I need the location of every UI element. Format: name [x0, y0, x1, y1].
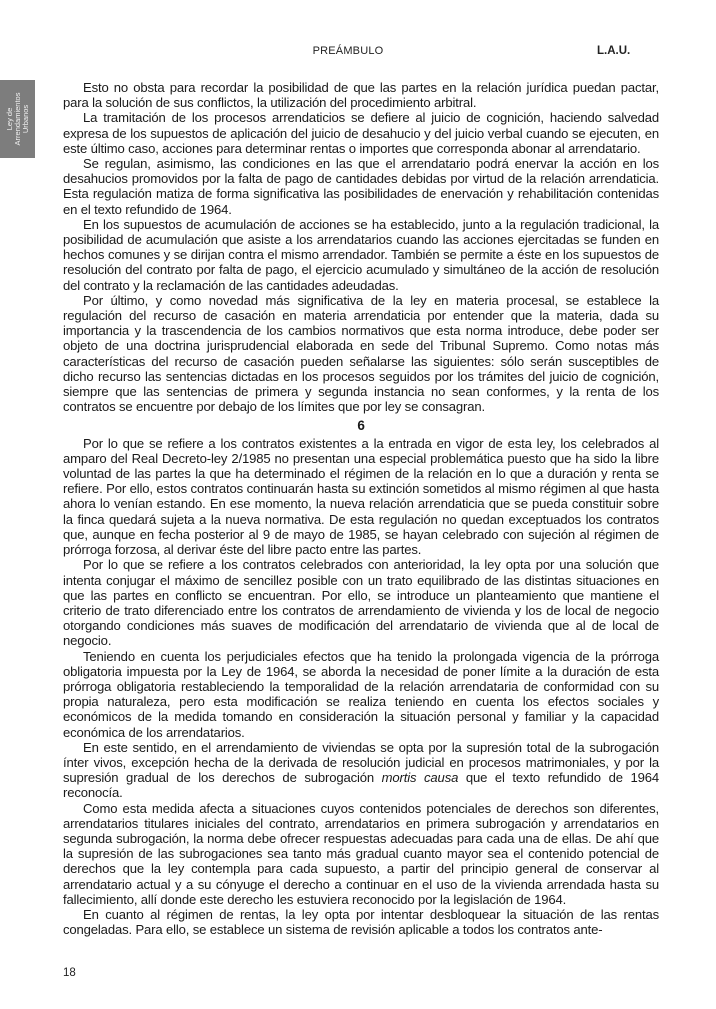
paragraph: Por lo que se refiere a los contratos ex…: [63, 436, 659, 558]
paragraph: La tramitación de los procesos arrendati…: [63, 110, 659, 156]
paragraph: Esto no obsta para recordar la posibilid…: [63, 80, 659, 110]
body-text: Esto no obsta para recordar la posibilid…: [63, 80, 659, 937]
paragraph: Por último, y como novedad más significa…: [63, 293, 659, 415]
paragraph: En los supuestos de acumulación de accio…: [63, 217, 659, 293]
paragraph-with-italic: En este sentido, en el arrendamiento de …: [63, 740, 659, 801]
section-number: 6: [63, 418, 659, 433]
side-tab-label: Ley de Arrendamientos Urbanos: [6, 93, 30, 146]
side-tab-line: Urbanos: [22, 93, 30, 146]
paragraph: Como esta medida afecta a situaciones cu…: [63, 801, 659, 907]
paragraph: Se regulan, asimismo, las condiciones en…: [63, 156, 659, 217]
side-thumb-tab: Ley de Arrendamientos Urbanos: [0, 80, 35, 158]
italic-term: mortis causa: [382, 770, 459, 785]
paragraph: Por lo que se refiere a los contratos ce…: [63, 557, 659, 648]
paragraph: En cuanto al régimen de rentas, la ley o…: [63, 907, 659, 937]
paragraph: Teniendo en cuenta los perjudiciales efe…: [63, 649, 659, 740]
running-header-code: L.A.U.: [597, 45, 630, 57]
page-number: 18: [63, 967, 76, 979]
running-header-section: PREÁMBULO: [0, 45, 696, 57]
